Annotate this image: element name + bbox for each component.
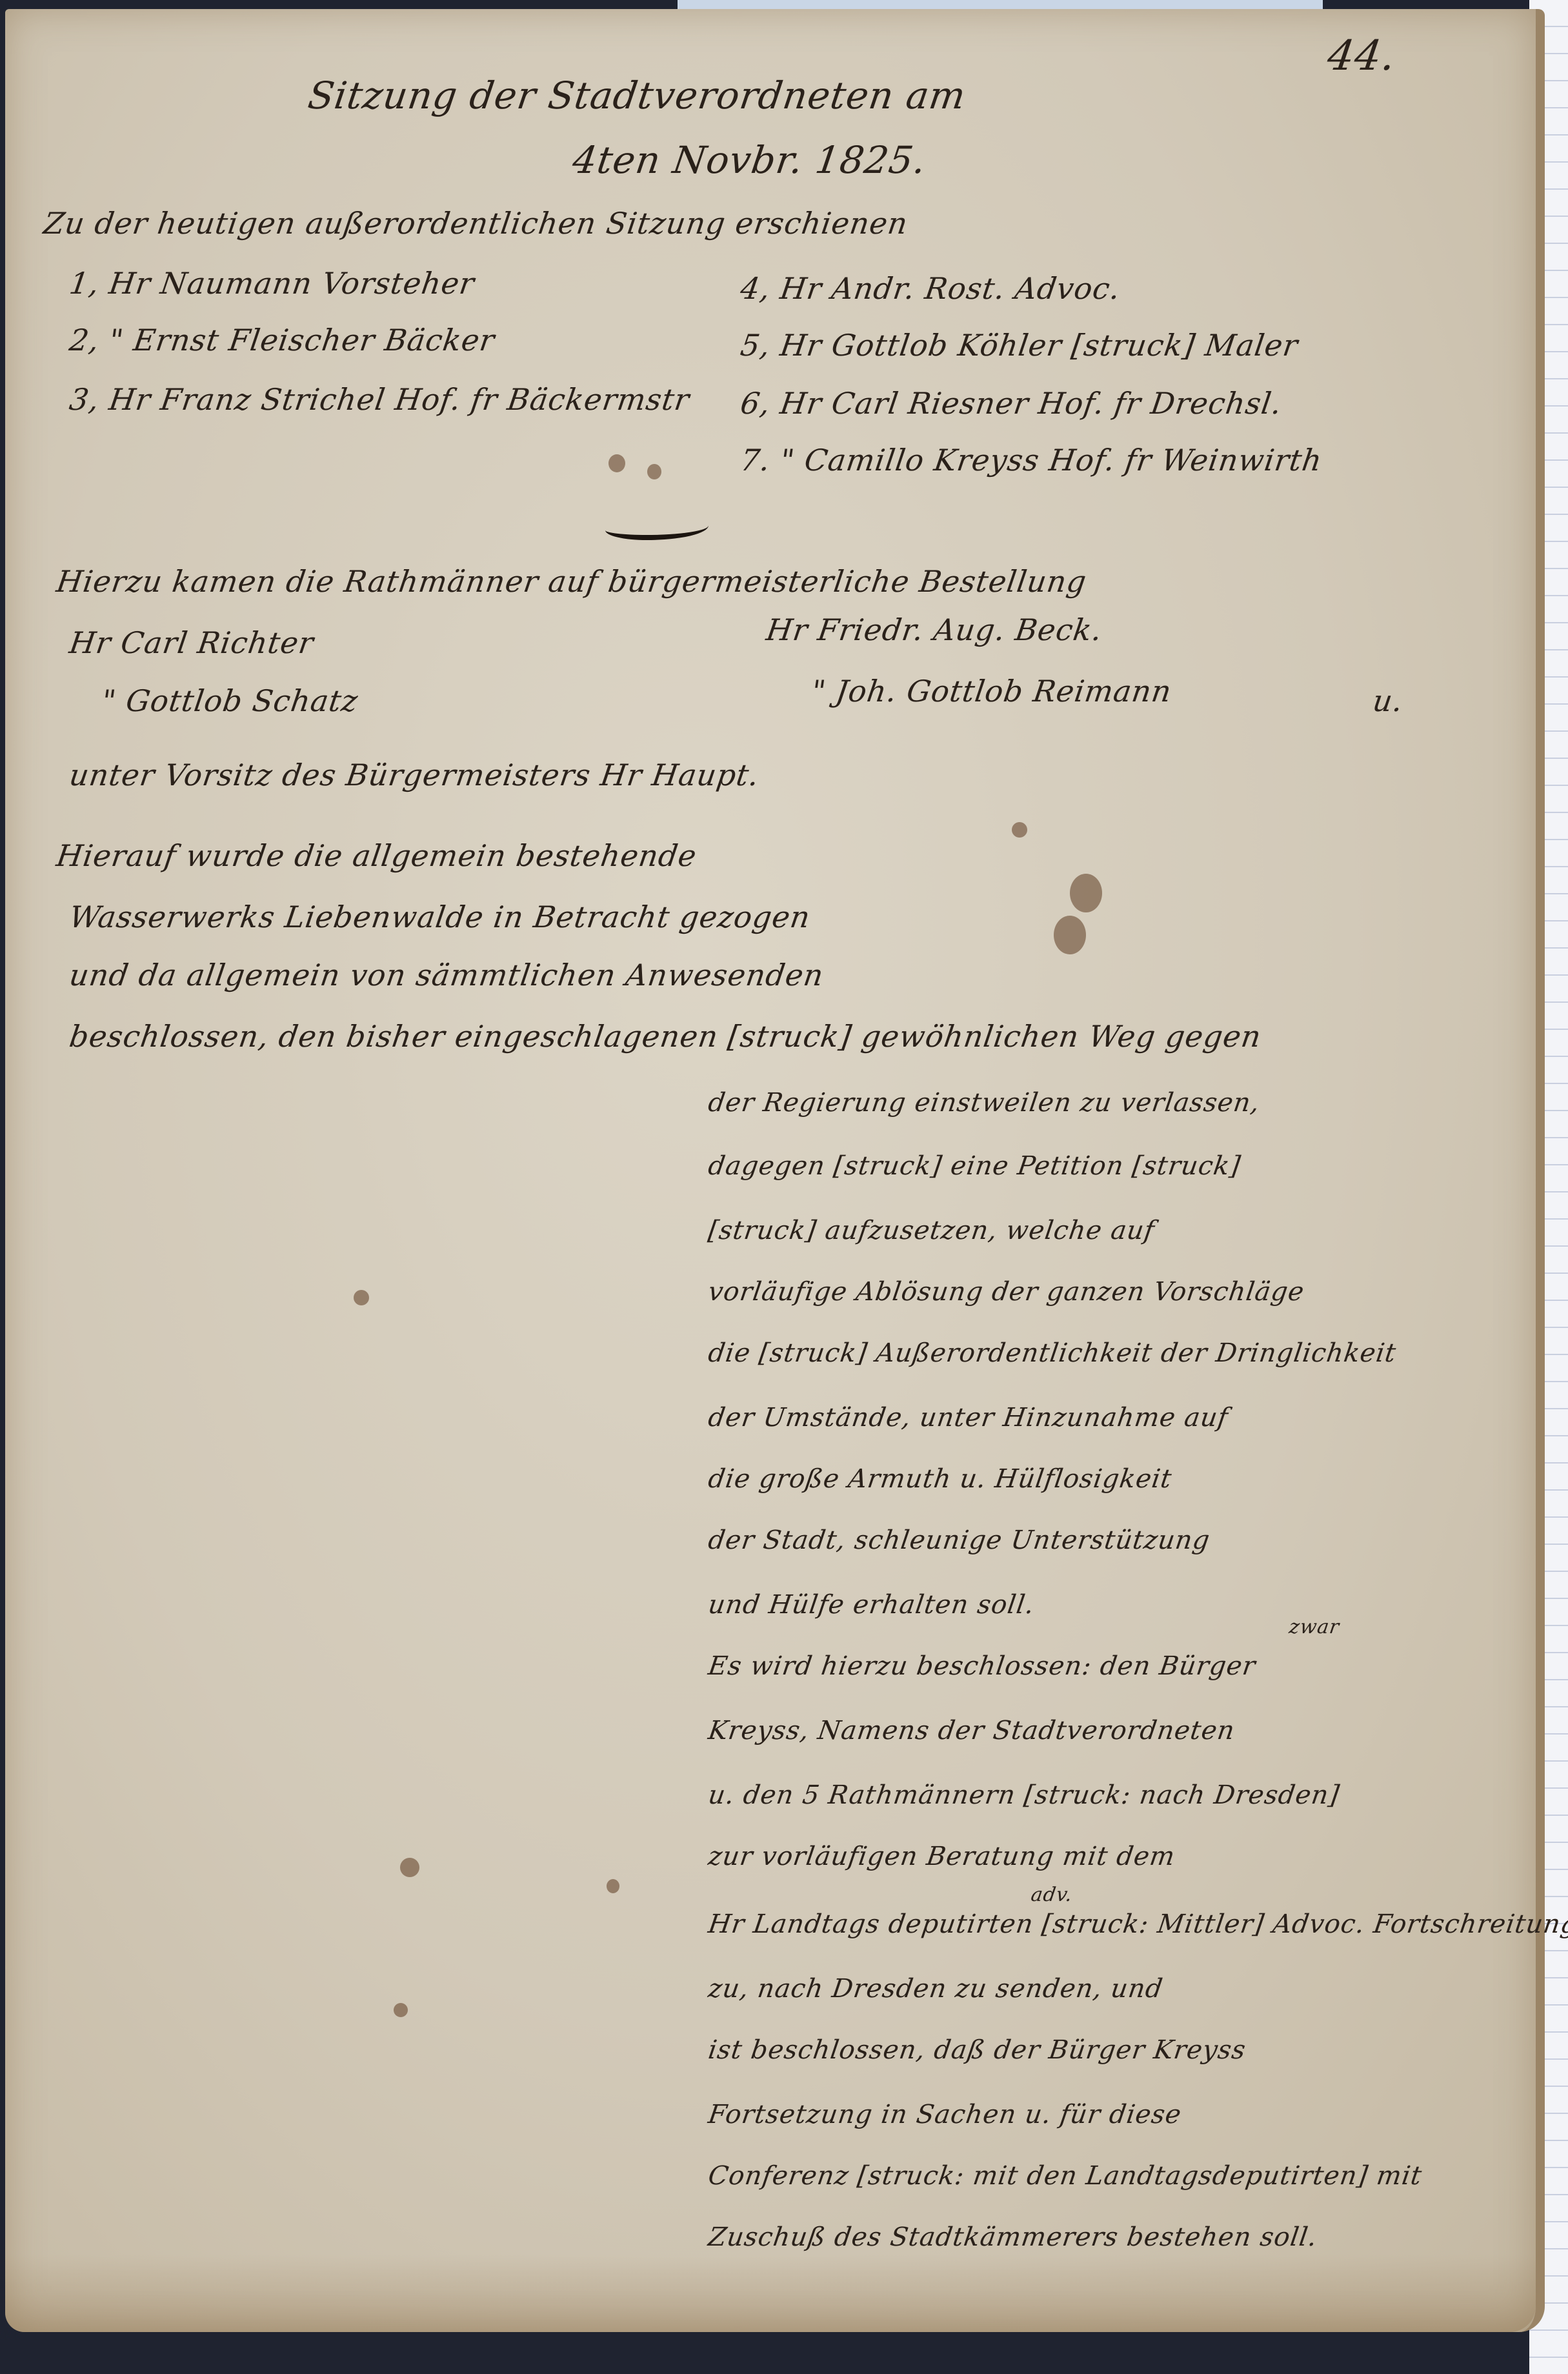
ink-stain bbox=[1012, 822, 1027, 838]
main-right-7: die große Armuth u. Hülflosigkeit bbox=[707, 1464, 1174, 1494]
main-right-13: zur vorläufigen Beratung mit dem bbox=[707, 1842, 1177, 1871]
ink-stain bbox=[354, 1290, 369, 1305]
ink-stain bbox=[394, 2003, 408, 2017]
attendee-1: 1, Hr Naumann Vorsteher bbox=[67, 266, 477, 301]
main-right-14: Hr Landtags deputirten [struck: Mittler]… bbox=[707, 1909, 1568, 1939]
main-right-12: u. den 5 Rathmännern [struck: nach Dresd… bbox=[707, 1780, 1342, 1810]
main-right-1: der Regierung einstweilen zu verlassen, bbox=[707, 1088, 1262, 1118]
rathmann-left-1: Hr Carl Richter bbox=[67, 625, 316, 660]
manuscript-page: 44. Sitzung der Stadtverordneten am 4ten… bbox=[5, 9, 1545, 2332]
ink-stain bbox=[400, 1858, 419, 1877]
main-right-5: die [struck] Außerordentlichkeit der Dri… bbox=[707, 1338, 1398, 1368]
separator-flourish bbox=[605, 516, 709, 540]
insertion-adv: adv. bbox=[1030, 1884, 1074, 1906]
rathmann-left-2: " Gottlob Schatz bbox=[99, 683, 360, 718]
main-right-19: Zuschuß des Stadtkämmerers bestehen soll… bbox=[707, 2222, 1320, 2252]
main-right-4: vorläufige Ablösung der ganzen Vorschläg… bbox=[707, 1277, 1307, 1307]
main-right-3: [struck] aufzusetzen, welche auf bbox=[707, 1216, 1157, 1245]
main-left-2: Wasserwerks Liebenwalde in Betracht gezo… bbox=[67, 900, 812, 934]
ink-stain bbox=[607, 1879, 619, 1893]
main-right-2: dagegen [struck] eine Petition [struck] bbox=[707, 1151, 1243, 1181]
attendee-4: 4, Hr Andr. Rost. Advoc. bbox=[738, 271, 1123, 306]
attendee-3: 3, Hr Franz Strichel Hof. fr Bäckermstr bbox=[67, 382, 692, 417]
attendee-6: 6, Hr Carl Riesner Hof. fr Drechsl. bbox=[738, 386, 1284, 421]
attendee-2: 2, " Ernst Fleischer Bäcker bbox=[67, 323, 497, 357]
ink-stain bbox=[647, 464, 661, 479]
main-right-18: Conferenz [struck: mit den Landtagsdeput… bbox=[707, 2161, 1424, 2191]
intro-line: Zu der heutigen außerordentlichen Sitzun… bbox=[41, 206, 910, 241]
rathmann-right-1: Hr Friedr. Aug. Beck. bbox=[764, 612, 1105, 647]
paragraph-rathmaenner: Hierzu kamen die Rathmänner auf bürgerme… bbox=[54, 564, 1089, 599]
insertion-zwar: zwar bbox=[1288, 1616, 1342, 1638]
main-right-9: und Hülfe erhalten soll. bbox=[707, 1590, 1036, 1620]
folio-number: 44. bbox=[1325, 32, 1399, 80]
attendee-7: 7. " Camillo Kreyss Hof. fr Weinwirth bbox=[738, 443, 1324, 478]
main-right-10: Es wird hierzu beschlossen: den Bürger bbox=[707, 1651, 1258, 1681]
main-left-3: und da allgemein von sämmtlichen Anwesen… bbox=[67, 958, 826, 992]
rathmann-right-2: " Joh. Gottlob Reimann bbox=[809, 674, 1174, 709]
title-line-1: Sitzung der Stadtverordneten am bbox=[305, 74, 969, 117]
main-left-1: Hierauf wurde die allgemein bestehende bbox=[54, 838, 699, 873]
main-right-16: ist beschlossen, daß der Bürger Kreyss bbox=[707, 2035, 1248, 2065]
ink-stain bbox=[1070, 874, 1102, 912]
main-right-6: der Umstände, unter Hinzunahme auf bbox=[707, 1403, 1231, 1433]
main-right-15: zu, nach Dresden zu senden, und bbox=[707, 1974, 1165, 2004]
main-right-8: der Stadt, schleunige Unterstützung bbox=[707, 1525, 1212, 1555]
main-right-11: Kreyss, Namens der Stadtverordneten bbox=[707, 1716, 1237, 1745]
chair-line: unter Vorsitz des Bürgermeisters Hr Haup… bbox=[67, 758, 761, 792]
ink-stain bbox=[608, 454, 625, 472]
rathmann-right-3: u. bbox=[1371, 683, 1405, 718]
attendee-5: 5, Hr Gottlob Köhler [struck] Maler bbox=[738, 328, 1300, 363]
main-right-17: Fortsetzung in Sachen u. für diese bbox=[707, 2100, 1183, 2129]
main-left-4: beschlossen, den bisher eingeschlagenen … bbox=[67, 1019, 1263, 1054]
title-line-2: 4ten Novbr. 1825. bbox=[570, 138, 929, 182]
ink-stain bbox=[1054, 916, 1086, 954]
